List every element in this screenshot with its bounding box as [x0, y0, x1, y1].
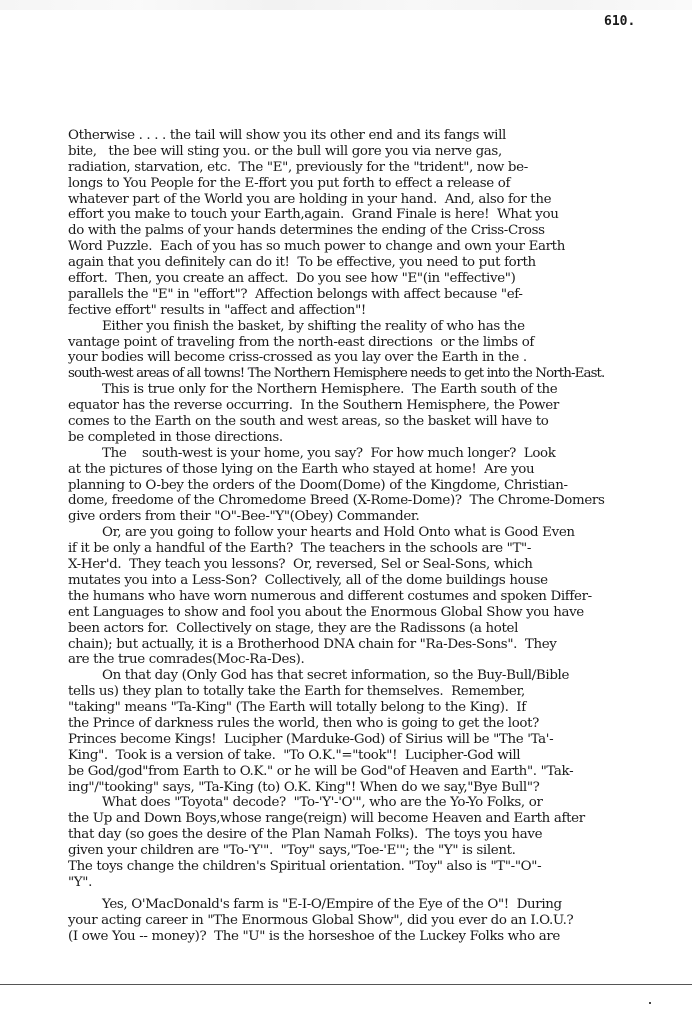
- text-line: ing"/"tooking" says, "Ta-King (to) O.K. …: [68, 780, 692, 796]
- text-line: at the pictures of those lying on the Ea…: [68, 462, 692, 478]
- text-line: are the true comrades(Moc-Ra-Des).: [68, 652, 692, 668]
- page-number: 610.: [604, 14, 635, 29]
- text-line: Otherwise . . . . the tail will show you…: [68, 128, 692, 144]
- text-line: chain); but actually, it is a Brotherhoo…: [68, 637, 692, 653]
- text-line: planning to O-bey the orders of the Doom…: [68, 478, 692, 494]
- text-line: equator has the reverse occurring. In th…: [68, 398, 692, 414]
- text-line: mutates you into a Less-Son? Collectivel…: [68, 573, 692, 589]
- text-line: Or, are you going to follow your hearts …: [68, 525, 692, 541]
- text-line: do with the palms of your hands determin…: [68, 223, 692, 239]
- text-line: bite, the bee will sting you. or the bul…: [68, 144, 692, 160]
- text-line: vantage point of traveling from the nort…: [68, 335, 692, 351]
- text-line: On that day (Only God has that secret in…: [68, 668, 692, 684]
- text-line: be God/god"from Earth to O.K." or he wil…: [68, 764, 692, 780]
- text-line: if it be only a handful of the Earth? Th…: [68, 541, 692, 557]
- text-line: "Y".: [68, 875, 692, 891]
- text-line: given your children are "To-'Y'". "Toy" …: [68, 843, 692, 859]
- text-line: be completed in those directions.: [68, 430, 692, 446]
- text-line: your bodies will become criss-crossed as…: [68, 350, 692, 366]
- text-line: "taking" means "Ta-King" (The Earth will…: [68, 700, 692, 716]
- text-line: ent Languages to show and fool you about…: [68, 605, 692, 621]
- text-line: the Prince of darkness rules the world, …: [68, 716, 692, 732]
- text-line: (I owe You -- money)? The "U" is the hor…: [68, 929, 692, 945]
- text-line: Word Puzzle. Each of you has so much pow…: [68, 239, 692, 255]
- text-line: parallels the "E" in "effort"? Affection…: [68, 287, 692, 303]
- scan-speck: [649, 1002, 651, 1004]
- text-line: been actors for. Collectively on stage, …: [68, 621, 692, 637]
- text-line: give orders from their "O"-Bee-"Y"(Obey)…: [68, 509, 692, 525]
- text-line: whatever part of the World you are holdi…: [68, 192, 692, 208]
- text-line: the humans who have worn numerous and di…: [68, 589, 692, 605]
- text-line: fective effort" results in "affect and a…: [68, 303, 692, 319]
- text-line: X-Her'd. They teach you lessons? Or, rev…: [68, 557, 692, 573]
- document-body: Otherwise . . . . the tail will show you…: [68, 128, 692, 944]
- text-line: radiation, starvation, etc. The "E", pre…: [68, 160, 692, 176]
- text-line: Either you finish the basket, by shiftin…: [68, 319, 692, 335]
- text-line: tells us) they plan to totally take the …: [68, 684, 692, 700]
- text-line: The south-west is your home, you say? Fo…: [68, 446, 692, 462]
- text-line: The toys change the children's Spiritual…: [68, 859, 692, 875]
- scan-artifact-top: [0, 0, 692, 10]
- text-line: effort. Then, you create an affect. Do y…: [68, 271, 692, 287]
- text-line: that day (so goes the desire of the Plan…: [68, 827, 692, 843]
- text-line: again that you definitely can do it! To …: [68, 255, 692, 271]
- text-line: comes to the Earth on the south and west…: [68, 414, 692, 430]
- text-line: the Up and Down Boys,whose range(reign) …: [68, 811, 692, 827]
- text-line: effort you make to touch your Earth,agai…: [68, 207, 692, 223]
- text-line: longs to You People for the E-ffort you …: [68, 176, 692, 192]
- text-line: What does "Toyota" decode? "To-'Y'-'O'",…: [68, 795, 692, 811]
- text-line: dome, freedome of the Chromedome Breed (…: [68, 493, 692, 509]
- text-line: King". Took is a version of take. "To O.…: [68, 748, 692, 764]
- text-line: Princes become Kings! Lucipher (Marduke-…: [68, 732, 692, 748]
- text-line: south-west areas of all towns! The North…: [68, 366, 692, 382]
- text-line: This is true only for the Northern Hemis…: [68, 382, 692, 398]
- text-line: your acting career in "The Enormous Glob…: [68, 913, 692, 929]
- bottom-divider: [0, 984, 692, 985]
- text-line: Yes, O'MacDonald's farm is "E-I-O/Empire…: [68, 897, 692, 913]
